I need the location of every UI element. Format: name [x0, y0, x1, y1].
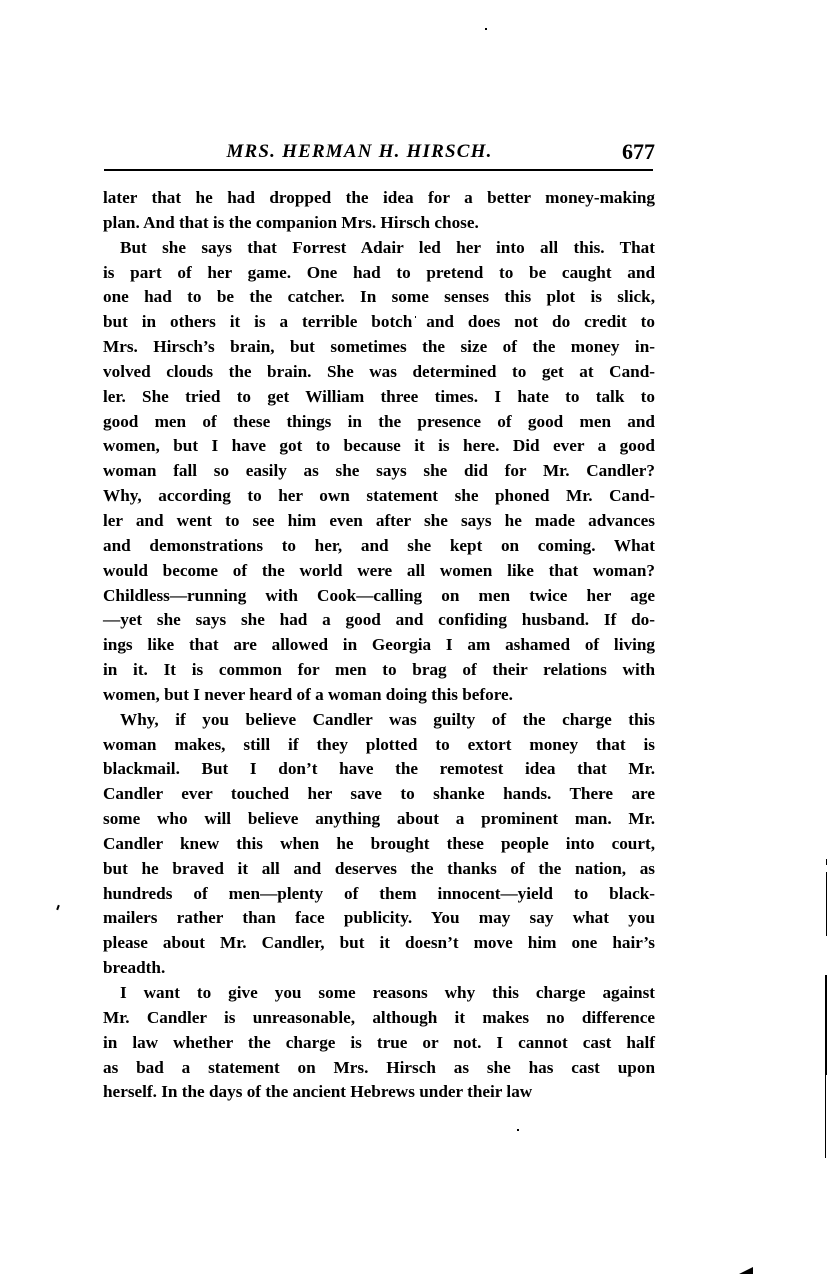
- text-line: women, but I have got to because it is h…: [103, 434, 655, 459]
- paragraph: But she says that Forrest Adair led her …: [103, 236, 655, 708]
- text-line: is part of her game. One had to pretend …: [103, 261, 655, 286]
- text-line: woman fall so easily as she says she did…: [103, 459, 655, 484]
- header-rule: [104, 169, 653, 171]
- running-title: MRS. HERMAN H. HIRSCH.: [104, 138, 655, 166]
- text-line: herself. In the days of the ancient Hebr…: [103, 1080, 655, 1105]
- text-line: ler and went to see him even after she s…: [103, 509, 655, 534]
- text-line: good men of these things in the presence…: [103, 410, 655, 435]
- text-line: but in others it is a terrible botch and…: [103, 310, 655, 335]
- text-line: Why, according to her own statement she …: [103, 484, 655, 509]
- scan-corner-mark: [739, 1267, 753, 1274]
- text-line: breadth.: [103, 956, 655, 981]
- text-line: and demonstrations to her, and she kept …: [103, 534, 655, 559]
- text-line: women, but I never heard of a woman doin…: [103, 683, 655, 708]
- text-line: Mr. Candler is unreasonable, although it…: [103, 1006, 655, 1031]
- text-line: but he braved it all and deserves the th…: [103, 857, 655, 882]
- text-line: plan. And that is the companion Mrs. Hir…: [103, 211, 655, 236]
- text-line: in it. It is common for men to brag of t…: [103, 658, 655, 683]
- text-line: mailers rather than face publicity. You …: [103, 906, 655, 931]
- text-line: But she says that Forrest Adair led her …: [103, 236, 655, 261]
- scan-speck: [517, 1129, 519, 1131]
- text-line: Childless—running with Cook—calling on m…: [103, 584, 655, 609]
- scan-speck: [485, 28, 487, 30]
- scan-speck: [415, 316, 416, 318]
- text-line: woman makes, still if they plotted to ex…: [103, 733, 655, 758]
- text-line: —yet she says she had a good and confidi…: [103, 608, 655, 633]
- text-line: volved clouds the brain. She was determi…: [103, 360, 655, 385]
- paragraph: later that he had dropped the idea for a…: [103, 186, 655, 236]
- page-number: 677: [622, 138, 655, 166]
- book-page: MRS. HERMAN H. HIRSCH. 677 later that he…: [0, 0, 836, 1284]
- text-line: would become of the world were all women…: [103, 559, 655, 584]
- text-line: blackmail. But I don’t have the remotest…: [103, 757, 655, 782]
- text-line: some who will believe anything about a p…: [103, 807, 655, 832]
- text-line: ler. She tried to get William three time…: [103, 385, 655, 410]
- scan-edge-line: [826, 859, 827, 865]
- text-line: please about Mr. Candler, but it doesn’t…: [103, 931, 655, 956]
- scan-edge-line: [825, 1075, 826, 1158]
- text-line: in law whether the charge is true or not…: [103, 1031, 655, 1056]
- text-line: ings like that are allowed in Georgia I …: [103, 633, 655, 658]
- scan-edge-line: [825, 975, 827, 1075]
- text-line: later that he had dropped the idea for a…: [103, 186, 655, 211]
- text-line: I want to give you some reasons why this…: [103, 981, 655, 1006]
- scan-edge-line: [826, 872, 827, 936]
- text-line: Mrs. Hirsch’s brain, but sometimes the s…: [103, 335, 655, 360]
- text-line: as bad a statement on Mrs. Hirsch as she…: [103, 1056, 655, 1081]
- scan-speck: [56, 905, 60, 910]
- text-line: Why, if you believe Candler was guilty o…: [103, 708, 655, 733]
- running-head: MRS. HERMAN H. HIRSCH. 677: [104, 138, 655, 168]
- paragraph: I want to give you some reasons why this…: [103, 981, 655, 1105]
- text-line: Candler knew this when he brought these …: [103, 832, 655, 857]
- text-line: hundreds of men—plenty of them innocent—…: [103, 882, 655, 907]
- text-line: one had to be the catcher. In some sense…: [103, 285, 655, 310]
- paragraph: Why, if you believe Candler was guilty o…: [103, 708, 655, 981]
- text-line: Candler ever touched her save to shanke …: [103, 782, 655, 807]
- body-text: later that he had dropped the idea for a…: [103, 186, 655, 1105]
